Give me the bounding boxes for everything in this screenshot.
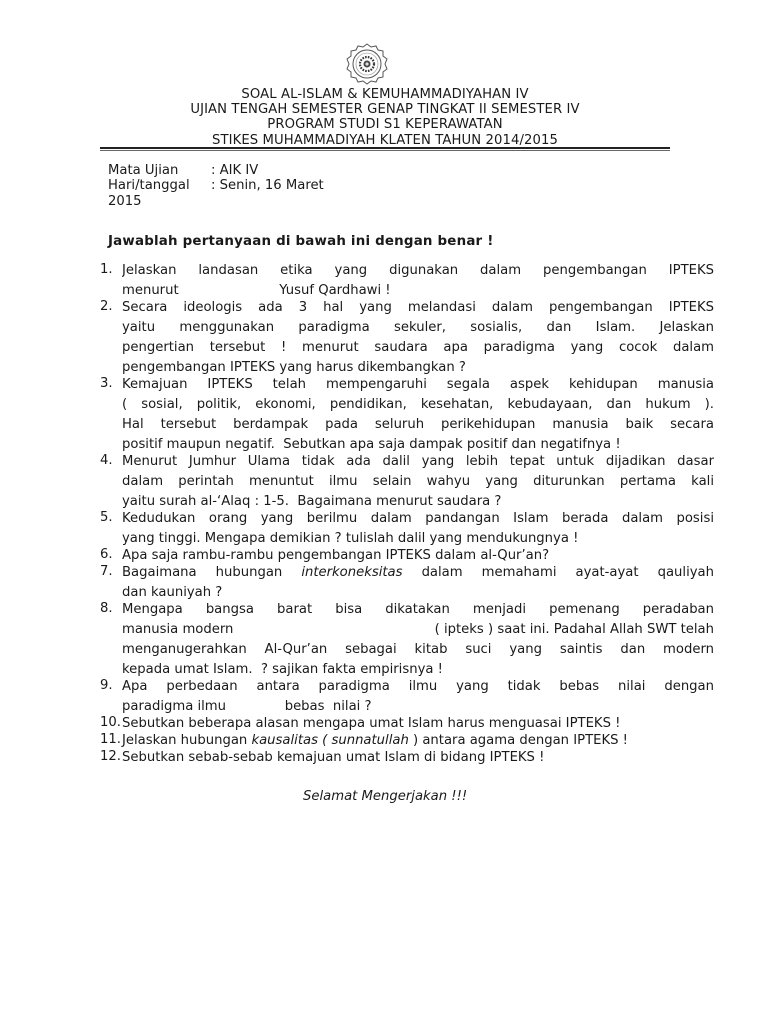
- exam-page: SOAL AL-ISLAM & KEMUHAMMADIYAHAN IV UJIA…: [0, 0, 768, 1024]
- date-label: Hari/tanggal: [108, 178, 211, 193]
- question-line: Kemajuan IPTEKS telah mempengaruhi segal…: [122, 376, 714, 396]
- question-line: Apa perbedaan antara paradigma ilmu yang…: [122, 678, 714, 698]
- question-text: ( ipteks ) saat ini. Padahal Allah SWT t…: [435, 621, 714, 641]
- question-line: manusia modern( ipteks ) saat ini. Padah…: [122, 621, 714, 641]
- date-year: 2015: [108, 194, 142, 209]
- question-line: kepada umat Islam. ? sajikan fakta empir…: [122, 661, 714, 678]
- question-number: 7.: [100, 564, 113, 579]
- question-line: pengembangan IPTEKS yang harus dikembang…: [122, 359, 714, 376]
- instruction-heading: Jawablah pertanyaan di bawah ini dengan …: [108, 234, 494, 249]
- question-line: menurut Yusuf Qardhawi !: [122, 282, 714, 299]
- question-item: 12. Sebutkan sebab-sebab kemajuan umat I…: [100, 749, 714, 766]
- header-line-exam: UJIAN TENGAH SEMESTER GENAP TINGKAT II S…: [100, 102, 670, 117]
- question-item: 3. Kemajuan IPTEKS telah mempengaruhi se…: [100, 376, 714, 453]
- question-line: dan kauniyah ?: [122, 584, 714, 601]
- question-text: Bagaimana hubungan: [122, 565, 301, 580]
- question-text: ) antara agama dengan IPTEKS !: [409, 733, 628, 748]
- question-line: dalam perintah menuntut ilmu selain wahy…: [122, 473, 714, 493]
- emphasis-term: interkoneksitas: [301, 565, 402, 580]
- question-number: 9.: [100, 678, 113, 693]
- question-item: 8. Mengapa bangsa barat bisa dikatakan m…: [100, 601, 714, 678]
- question-line: Jelaskan landasan etika yang digunakan d…: [122, 262, 714, 282]
- question-item: 6. Apa saja rambu-rambu pengembangan IPT…: [100, 547, 714, 564]
- exam-meta: Mata Ujian: AIK IV Hari/tanggal: Senin, …: [108, 163, 324, 209]
- question-number: 8.: [100, 601, 113, 616]
- question-line: menganugerahkan Al-Qur’an sebagai kitab …: [122, 641, 714, 661]
- exam-header: SOAL AL-ISLAM & KEMUHAMMADIYAHAN IV UJIA…: [100, 87, 670, 148]
- question-number: 5.: [100, 510, 113, 525]
- date-value: : Senin, 16 Maret: [211, 178, 324, 193]
- question-item: 11. Jelaskan hubungan kausalitas ( sunna…: [100, 732, 714, 749]
- header-line-title: SOAL AL-ISLAM & KEMUHAMMADIYAHAN IV: [100, 87, 670, 102]
- question-item: 4. Menurut Jumhur Ulama tidak ada dalil …: [100, 453, 714, 510]
- muhammadiyah-seal-icon: [345, 42, 389, 86]
- question-item: 5. Kedudukan orang yang berilmu dalam pa…: [100, 510, 714, 547]
- question-number: 3.: [100, 376, 113, 391]
- question-line: yang tinggi. Mengapa demikian ? tulislah…: [122, 530, 714, 547]
- subject-label: Mata Ujian: [108, 163, 211, 178]
- question-text: Jelaskan hubungan: [122, 733, 251, 748]
- question-line: Secara ideologis ada 3 hal yang melandas…: [122, 299, 714, 319]
- question-number: 12.: [100, 749, 121, 764]
- question-line: Bagaimana hubungan interkoneksitas dalam…: [122, 564, 714, 584]
- question-line: positif maupun negatif. Sebutkan apa saj…: [122, 436, 714, 453]
- question-number: 6.: [100, 547, 113, 562]
- question-line: paradigma ilmu bebas nilai ?: [122, 698, 714, 715]
- question-line: Menurut Jumhur Ulama tidak ada dalil yan…: [122, 453, 714, 473]
- question-line: Kedudukan orang yang berilmu dalam panda…: [122, 510, 714, 530]
- question-line: Mengapa bangsa barat bisa dikatakan menj…: [122, 601, 714, 621]
- header-line-institution: STIKES MUHAMMADIYAH KLATEN TAHUN 2014/20…: [100, 133, 670, 148]
- question-item: 1. Jelaskan landasan etika yang digunaka…: [100, 262, 714, 299]
- closing-message: Selamat Mengerjakan !!!: [303, 789, 467, 804]
- header-divider: [100, 147, 670, 151]
- question-line: ( sosial, politik, ekonomi, pendidikan, …: [122, 396, 714, 416]
- question-line: yaitu menggunakan paradigma sekuler, sos…: [122, 319, 714, 339]
- question-item: 7. Bagaimana hubungan interkoneksitas da…: [100, 564, 714, 601]
- question-item: 9. Apa perbedaan antara paradigma ilmu y…: [100, 678, 714, 715]
- question-line: pengertian tersebut ! menurut saudara ap…: [122, 339, 714, 359]
- question-list: 1. Jelaskan landasan etika yang digunaka…: [100, 262, 714, 766]
- question-number: 10.: [100, 715, 121, 730]
- header-line-program: PROGRAM STUDI S1 KEPERAWATAN: [100, 117, 670, 132]
- question-text: manusia modern: [122, 621, 233, 641]
- question-number: 1.: [100, 262, 113, 277]
- emphasis-term: kausalitas ( sunnatullah: [251, 733, 408, 748]
- question-text: dalam memahami ayat-ayat qauliyah: [422, 565, 714, 580]
- question-item: 10. Sebutkan beberapa alasan mengapa uma…: [100, 715, 714, 732]
- question-line: Apa saja rambu-rambu pengembangan IPTEKS…: [122, 547, 714, 564]
- question-line: Sebutkan sebab-sebab kemajuan umat Islam…: [122, 749, 714, 766]
- question-number: 4.: [100, 453, 113, 468]
- question-number: 11.: [100, 732, 121, 747]
- question-number: 2.: [100, 299, 113, 314]
- question-line: Sebutkan beberapa alasan mengapa umat Is…: [122, 715, 714, 732]
- question-line: Jelaskan hubungan kausalitas ( sunnatull…: [122, 732, 714, 749]
- question-item: 2. Secara ideologis ada 3 hal yang melan…: [100, 299, 714, 376]
- question-line: Hal tersebut berdampak pada seluruh peri…: [122, 416, 714, 436]
- question-line: yaitu surah al-‘Alaq : 1-5. Bagaimana me…: [122, 493, 714, 510]
- subject-value: : AIK IV: [211, 163, 258, 178]
